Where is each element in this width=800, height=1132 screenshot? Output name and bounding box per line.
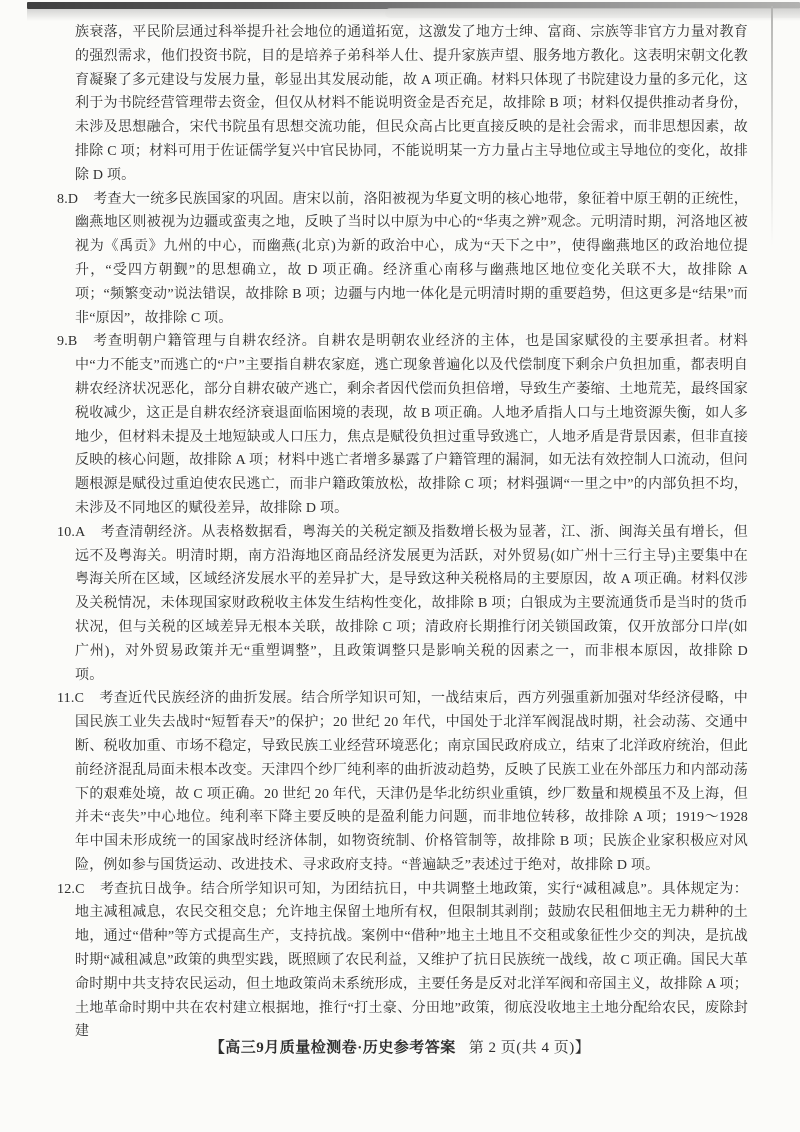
page-footer: 【高三9月质量检测卷·历史参考答案第 2 页(共 4 页)】 [0, 1036, 800, 1057]
scanned-page: 族衰落，平民阶层通过科举提升社会地位的通道拓宽，这激发了地方士绅、富商、宗族等非… [0, 0, 800, 1132]
answer-item-10: 10.A考查清朝经济。从表格数据看，粤海关的关税定额及指数增长极为显著，江、浙、… [57, 521, 748, 688]
answer-item-12: 12.C考查抗日战争。结合所学知识可知，为团结抗日，中共调整土地政策，实行“减租… [57, 878, 748, 1045]
item-label-12: 12.C [57, 882, 85, 897]
scan-fold-band [385, 8, 800, 18]
item-text-8: 考查大一统多民族国家的巩固。唐宋以前，洛阳被视为华夏文明的核心地带，象征着中原王… [75, 192, 748, 326]
item-label-11: 11.C [57, 691, 84, 706]
footer-title: 【高三9月质量检测卷·历史参考答案 [210, 1040, 456, 1056]
item-text-11: 考查近代民族经济的曲折发展。结合所学知识可知，一战结束后，西方列强重新加强对华经… [75, 691, 748, 873]
item-text-12: 考查抗日战争。结合所学知识可知，为团结抗日，中共调整土地政策，实行“减租减息”。… [75, 882, 748, 1040]
item-text-9: 考查明朝户籍管理与自耕农经济。自耕农是明朝农业经济的主体，也是国家赋役的主要承担… [75, 334, 748, 516]
paragraph-continuation: 族衰落，平民阶层通过科举提升社会地位的通道拓宽，这激发了地方士绅、富商、宗族等非… [57, 21, 748, 188]
scan-page-edge-line [771, 6, 773, 246]
footer-page-number: 第 2 页(共 4 页)】 [469, 1040, 591, 1056]
item-label-9: 9.B [57, 334, 77, 349]
answer-key-body: 族衰落，平民阶层通过科举提升社会地位的通道拓宽，这激发了地方士绅、富商、宗族等非… [57, 21, 748, 1044]
item-text-10: 考查清朝经济。从表格数据看，粤海关的关税定额及指数增长极为显著，江、浙、闽海关虽… [75, 525, 748, 683]
answer-item-9: 9.B考查明朝户籍管理与自耕农经济。自耕农是明朝农业经济的主体，也是国家赋役的主… [57, 330, 748, 520]
answer-item-8: 8.D考查大一统多民族国家的巩固。唐宋以前，洛阳被视为华夏文明的核心地带，象征着… [57, 188, 748, 331]
item-label-8: 8.D [57, 192, 78, 207]
item-label-10: 10.A [57, 525, 85, 540]
answer-item-11: 11.C考查近代民族经济的曲折发展。结合所学知识可知，一战结束后，西方列强重新加… [57, 687, 748, 877]
